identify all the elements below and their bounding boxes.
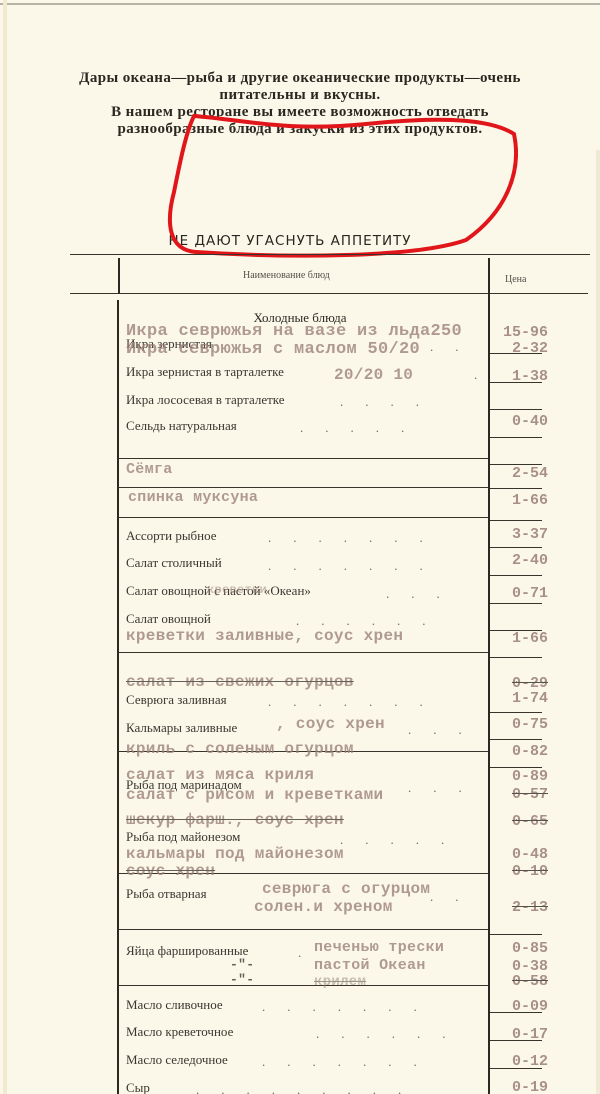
leader-dots: .. xyxy=(430,889,481,905)
typed-item: криль с соленым огурцом xyxy=(126,740,354,758)
typed-item: спинка муксуна xyxy=(128,489,258,506)
row-rule xyxy=(118,929,488,930)
typed-item: пастой Океан xyxy=(314,957,426,974)
typed-item: креветки заливные, соус хрен xyxy=(126,627,403,645)
printed-item: Сыр xyxy=(126,1080,150,1094)
price: 0-09 xyxy=(512,998,548,1015)
row-rule xyxy=(118,458,488,459)
typed-item: солен.и хреном xyxy=(254,898,393,916)
price: 0-48 xyxy=(512,846,548,863)
typed-item: соус хрен xyxy=(126,862,215,880)
name-column-left-border xyxy=(117,300,119,1094)
price: 3-37 xyxy=(512,526,548,543)
price-rule xyxy=(490,409,542,410)
leader-dots: ....... xyxy=(268,694,445,710)
price: 0-12 xyxy=(512,1053,548,1070)
price: 2-40 xyxy=(512,552,548,569)
price-rule xyxy=(490,657,542,658)
column-header-price: Цена xyxy=(505,274,526,285)
price: 0-75 xyxy=(512,716,548,733)
price: 0-19 xyxy=(512,1079,548,1094)
printed-item: Севрюга заливная xyxy=(126,692,227,708)
price-rule xyxy=(490,712,542,713)
price-rule xyxy=(490,488,542,489)
price: 1-74 xyxy=(512,690,548,707)
typed-item: салат из свежих огурцов xyxy=(126,673,354,691)
printed-item: Кальмары заливные xyxy=(126,720,237,736)
typed-item: кальмары под майонезом xyxy=(126,845,344,863)
price: 1-66 xyxy=(512,630,548,647)
column-header-name: Наименование блюд xyxy=(243,270,330,281)
price-rule xyxy=(490,934,542,935)
leader-dots: ....... xyxy=(268,530,445,546)
leader-dots: ... xyxy=(408,780,484,796)
printed-item: Масло сливочное xyxy=(126,997,223,1013)
row-rule xyxy=(118,517,488,518)
row-rule xyxy=(118,985,488,986)
price: 2-54 xyxy=(512,465,548,482)
red-circle-annotation xyxy=(166,112,518,260)
leader-dots: .... xyxy=(340,394,441,410)
printed-item: Салат столичный xyxy=(126,555,222,571)
leader-dots: ....... xyxy=(262,1054,439,1070)
page-top-edge xyxy=(0,3,600,5)
price: 1-38 xyxy=(512,368,548,385)
typed-item: салат из мяса криля xyxy=(126,766,314,784)
leader-dots: ....... xyxy=(268,558,445,574)
price: 0-71 xyxy=(512,585,548,602)
price: 0-58 xyxy=(512,973,548,990)
intro-line: питательны и вкусны. xyxy=(40,87,560,104)
price: 0-89 xyxy=(512,768,548,785)
row-rule xyxy=(118,487,488,488)
typed-item: 20/20 10 xyxy=(334,366,413,384)
price-column-divider xyxy=(488,258,490,1094)
price: 0-10 xyxy=(512,863,548,880)
price-rule xyxy=(490,437,542,438)
price: 0-85 xyxy=(512,940,548,957)
price: 15-96 xyxy=(503,324,548,341)
leader-dots: ... xyxy=(386,586,462,602)
printed-item: Салат овощной xyxy=(126,611,211,627)
leader-dots: ... xyxy=(408,722,484,738)
price: 2-32 xyxy=(512,340,548,357)
intro-line: Дары океана—рыба и другие океанические п… xyxy=(40,70,560,87)
price-rule xyxy=(490,575,542,576)
leader-dots: ....... xyxy=(262,999,439,1015)
leader-dots: . xyxy=(474,367,499,383)
table-top-rule xyxy=(70,254,590,255)
price-rule xyxy=(490,520,542,521)
typed-item: крилем xyxy=(314,974,366,990)
ditto-mark: -"- xyxy=(230,972,254,987)
typed-item: салат с рисом и креветками xyxy=(126,786,383,804)
price-rule xyxy=(490,739,542,740)
name-column-left-border xyxy=(118,258,120,294)
ditto-mark: -"- xyxy=(230,957,254,972)
printed-item: Икра зернистая в тарталетке xyxy=(126,364,284,380)
typed-item: печенью трески xyxy=(314,939,444,956)
price: 1-66 xyxy=(512,492,548,509)
page-right-edge xyxy=(596,150,600,1094)
typed-item: севрюга с огурцом xyxy=(262,880,430,898)
leader-dots: ...... xyxy=(316,1026,468,1042)
page-left-edge xyxy=(3,0,7,1094)
printed-item: Ассорти рыбное xyxy=(126,528,217,544)
typed-item: Икра севрюжья на вазе из льда250 xyxy=(126,322,462,341)
price: 0-17 xyxy=(512,1026,548,1043)
typed-item: Сёмга xyxy=(126,461,173,478)
typed-item: шекур фарш., соус хрен xyxy=(126,811,344,829)
printed-item: Масло креветочное xyxy=(126,1024,233,1040)
printed-item: Рыба отварная xyxy=(126,886,207,902)
price: 2-13 xyxy=(512,899,548,916)
leader-dots: ..... xyxy=(340,832,466,848)
printed-item: Сельдь натуральная xyxy=(126,418,237,434)
price: 0-65 xyxy=(512,813,548,830)
price: 0-82 xyxy=(512,743,548,760)
price: 0-40 xyxy=(512,413,548,430)
typed-item: , соус хрен xyxy=(276,715,385,733)
printed-item: Икра лососевая в тарталетке xyxy=(126,392,285,408)
typed-item: Икра севрюжья с маслом 50/20 xyxy=(126,340,420,359)
price: 0-57 xyxy=(512,786,548,803)
printed-item: Рыба под майонезом xyxy=(126,829,240,845)
row-rule xyxy=(118,652,488,653)
printed-item: Масло селедочное xyxy=(126,1052,228,1068)
typed-item: креветки xyxy=(207,583,267,597)
price-rule xyxy=(490,603,542,604)
price-rule xyxy=(490,547,542,548)
leader-dots: ..... xyxy=(300,420,426,436)
leader-dots: .. xyxy=(430,339,481,355)
header-bottom-rule xyxy=(70,293,588,294)
leader-dots: ......... xyxy=(196,1082,423,1094)
